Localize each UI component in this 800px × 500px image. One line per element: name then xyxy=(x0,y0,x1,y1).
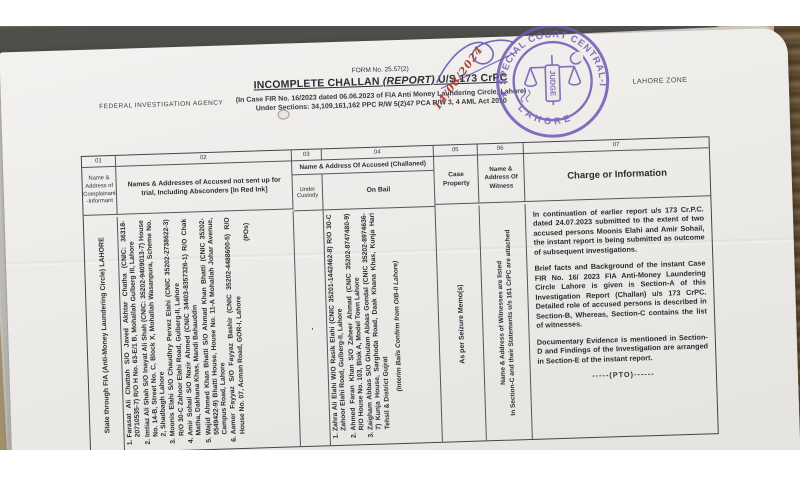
header-witness: Name & Address Of Witness xyxy=(478,154,525,203)
pto-marker: -----(PTO)------ xyxy=(538,368,709,382)
header-under-custody: Under Custody xyxy=(292,174,323,210)
accused-not-sent-cell: Farasat Ali Chattah S/O Javed Akhtar Cha… xyxy=(118,211,301,450)
charge-paragraphs: In continuation of earlier report u/s 17… xyxy=(533,204,709,366)
accused-not-sent-list: Farasat Ali Chattah S/O Javed Akhtar Cha… xyxy=(119,217,247,449)
document-photo: FEDERAL INVESTIGATION AGENCY FORM No. 25… xyxy=(0,26,800,450)
under-custody-text: - xyxy=(305,214,319,442)
case-property-text: As per Seizure Memo(s) xyxy=(454,210,468,438)
charge-paragraph: Documentary Evidence is mentioned in Sec… xyxy=(537,332,709,366)
svg-text:JUDGE: JUDGE xyxy=(548,70,558,96)
charge-cell: In continuation of earlier report u/s 17… xyxy=(525,198,717,439)
witness-text: Name & Address of Witnesses are listedIn… xyxy=(481,208,530,437)
witness-cell: Name & Address of Witnesses are listedIn… xyxy=(480,204,533,440)
zone-label: LAHORE ZONE xyxy=(633,77,688,86)
charge-paragraph: In continuation of earlier report u/s 17… xyxy=(533,204,705,257)
header-complainant: Name & Address of Complainant -Informant xyxy=(82,167,117,216)
crescent-icon xyxy=(570,52,583,64)
challan-table: 01 02 03 04 05 06 07 Name & Address of C… xyxy=(81,136,719,450)
charge-paragraph: Brief facts and Background of the instan… xyxy=(534,259,707,331)
scanned-document-scene: FEDERAL INVESTIGATION AGENCY FORM No. 25… xyxy=(0,0,800,500)
on-bail-cell: Zahra Ali Elahi W/O Rasik Elahi (CNIC 35… xyxy=(324,207,443,445)
header-case-property: Case Property xyxy=(434,156,479,205)
data-row: State through FIA (Anti-Money Laundering… xyxy=(84,198,718,450)
svg-text:LAHORE: LAHORE xyxy=(515,101,574,128)
court-stamp: ★ SPECIAL COURT CENTRAL-I ★ LAHORE xyxy=(491,26,615,143)
header-accused-not-sent: Names & Addresses of Accused not sent up… xyxy=(116,161,293,215)
header-on-bail: On Bail xyxy=(322,171,434,209)
paper-sheet: FEDERAL INVESTIGATION AGENCY FORM No. 25… xyxy=(0,28,800,450)
interim-bail-note: (Interim Bails Confirm from OIB-II Lahor… xyxy=(390,212,404,440)
complainant-text: State through FIA (Anti-Money Laundering… xyxy=(97,221,111,449)
case-property-cell: As per Seizure Memo(s) xyxy=(436,205,487,441)
on-bail-list: Zahra Ali Elahi W/O Rasik Elahi (CNIC 35… xyxy=(325,212,392,442)
header-accused-challaned-group: Name & Address Of Accused (Challaned) Un… xyxy=(292,157,436,211)
header-charge: Charge or Information xyxy=(524,148,710,202)
